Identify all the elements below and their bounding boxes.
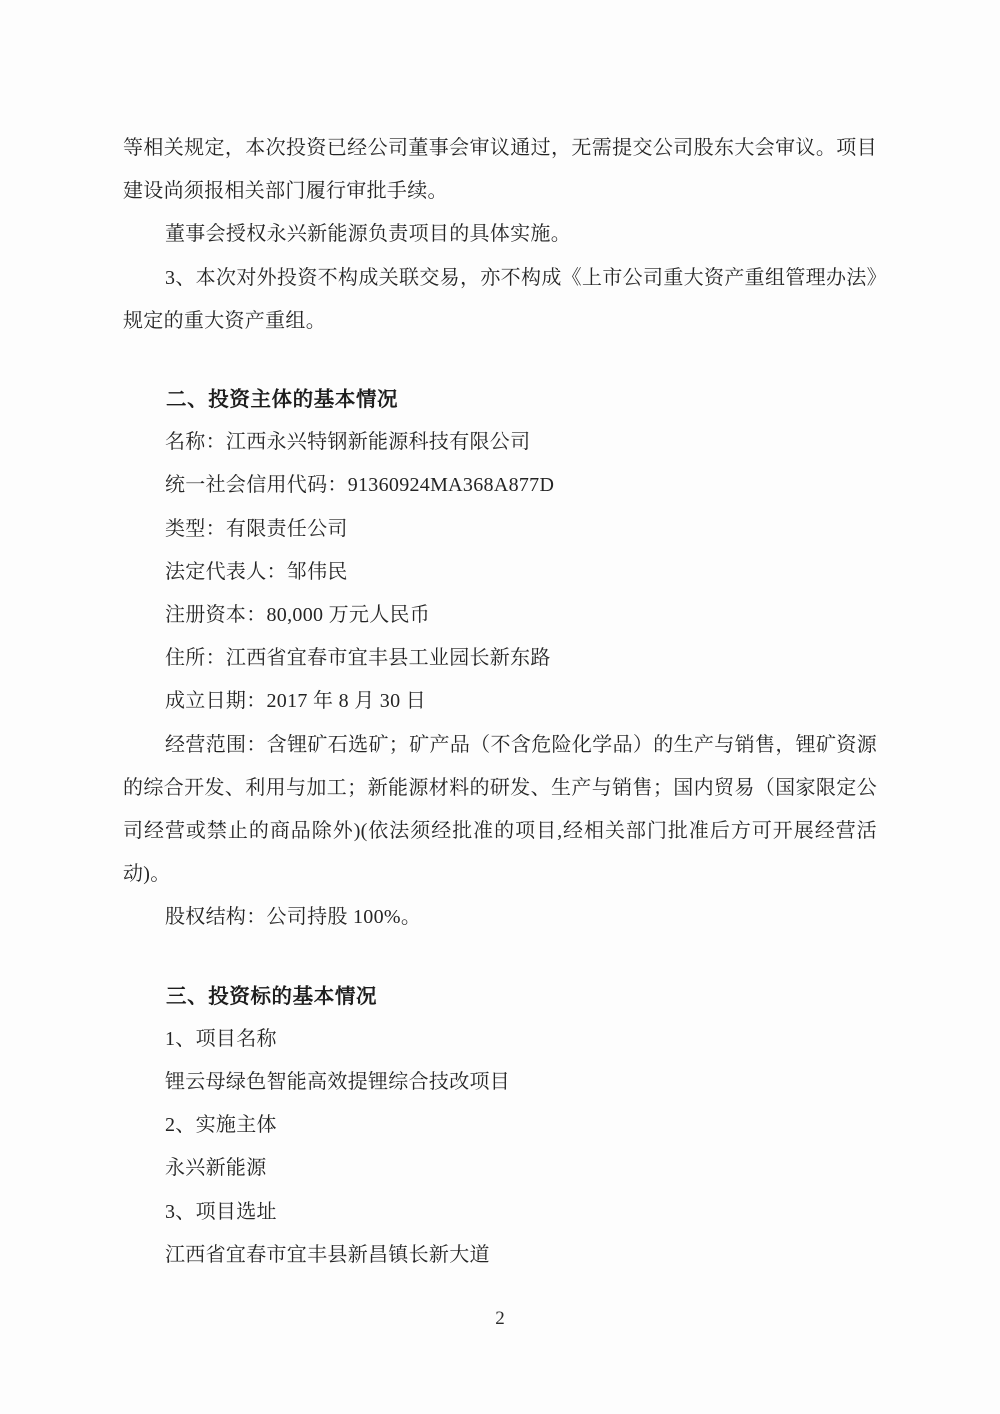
- paragraph: 成立日期：2017 年 8 月 30 日: [123, 680, 877, 723]
- paragraph: 2、实施主体: [123, 1104, 877, 1147]
- paragraph: 名称：江西永兴特钢新能源科技有限公司: [123, 421, 877, 464]
- paragraph: 等相关规定，本次投资已经公司董事会审议通过，无需提交公司股东大会审议。项目建设尚…: [123, 127, 877, 213]
- paragraph: 注册资本：80,000 万元人民币: [123, 594, 877, 637]
- paragraph: 董事会授权永兴新能源负责项目的具体实施。: [123, 213, 877, 256]
- paragraph: 统一社会信用代码：91360924MA368A877D: [123, 464, 877, 507]
- document-page: 等相关规定，本次投资已经公司董事会审议通过，无需提交公司股东大会审议。项目建设尚…: [0, 0, 1000, 1414]
- paragraph: 3、本次对外投资不构成关联交易，亦不构成《上市公司重大资产重组管理办法》规定的重…: [123, 257, 877, 343]
- paragraph: 法定代表人：邹伟民: [123, 551, 877, 594]
- paragraph: 类型：有限责任公司: [123, 508, 877, 551]
- paragraph: 永兴新能源: [123, 1147, 877, 1190]
- paragraph: 1、项目名称: [123, 1018, 877, 1061]
- paragraph: 经营范围：含锂矿石选矿；矿产品（不含危险化学品）的生产与销售，锂矿资源的综合开发…: [123, 724, 877, 897]
- paragraph: 股权结构：公司持股 100%。: [123, 896, 877, 939]
- paragraph: 江西省宜春市宜丰县新昌镇长新大道: [123, 1234, 877, 1277]
- page-number: 2: [0, 1308, 1000, 1330]
- paragraph: 锂云母绿色智能高效提锂综合技改项目: [123, 1061, 877, 1104]
- document-content: 等相关规定，本次投资已经公司董事会审议通过，无需提交公司股东大会审议。项目建设尚…: [123, 127, 877, 1277]
- paragraph: 住所：江西省宜春市宜丰县工业园长新东路: [123, 637, 877, 680]
- section-heading: 三、投资标的基本情况: [123, 975, 877, 1018]
- section-heading: 二、投资主体的基本情况: [123, 378, 877, 421]
- paragraph: 3、项目选址: [123, 1191, 877, 1234]
